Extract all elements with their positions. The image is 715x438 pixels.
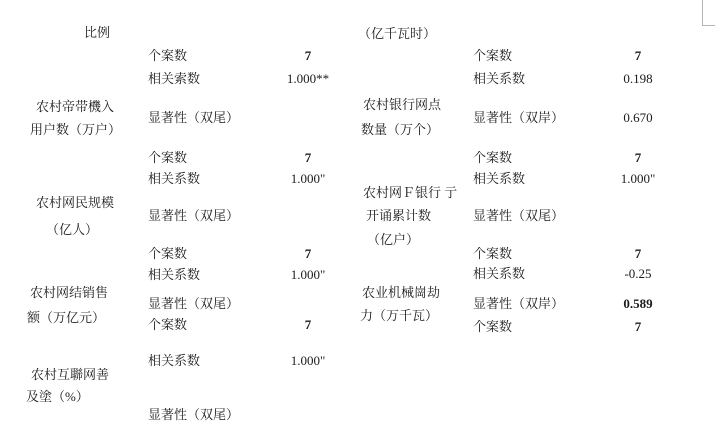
variable-label-line1: 农村银行网点 — [363, 98, 441, 112]
document-page: 比例 个案数 7 相关索数 1.000** 农村帝带機入 显著性（双尾） 用户数… — [0, 0, 715, 438]
variable-label-line2: 及塗（%） — [26, 390, 89, 404]
variable-label-line2: 数量（万个） — [361, 123, 439, 137]
variable-label-line1: 农村网结销售 — [30, 286, 108, 300]
cases-value: 7 — [262, 247, 354, 261]
sig-label: 显著性（双尾） — [148, 111, 239, 125]
cases-label: 个案数 — [473, 247, 512, 261]
cases-label: 个案数 — [148, 247, 187, 261]
sig-value: 0.670 — [592, 111, 684, 125]
corr-value: 0.198 — [592, 72, 684, 86]
cases-label: 个案数 — [473, 320, 512, 334]
corr-label: 相关系数 — [148, 172, 200, 186]
cases-value: 7 — [262, 49, 354, 63]
sig-value: 0.589 — [592, 297, 684, 311]
column-header-right: （亿千瓦时） — [358, 27, 436, 41]
variable-label-line2: 力（万千瓦） — [360, 309, 438, 323]
corr-value: 1.000" — [262, 354, 354, 368]
variable-label-line2: 开诵累计数 — [366, 209, 431, 223]
corr-label: 相关系数 — [473, 72, 525, 86]
variable-label-line1: 农村网民规模 — [36, 196, 114, 210]
cases-value: 7 — [592, 320, 684, 334]
variable-label-line2: 额（万亿元） — [27, 311, 105, 325]
variable-label-line1: 农村网Ｆ银行 亍 — [363, 186, 457, 200]
corr-value: 1.000" — [262, 268, 354, 282]
cases-value: 7 — [592, 151, 684, 165]
corr-label: 相关索数 — [148, 72, 200, 86]
variable-label-line2: （亿人） — [46, 223, 98, 237]
variable-label-line3: （亿户） — [367, 233, 419, 247]
cases-label: 个案数 — [148, 318, 187, 332]
cases-label: 个案数 — [473, 151, 512, 165]
sig-label: 显著性（双岸） — [473, 111, 564, 125]
cases-label: 个案数 — [148, 49, 187, 63]
corr-value: 1.000" — [592, 172, 684, 186]
cases-value: 7 — [592, 247, 684, 261]
sig-label: 显著性（双尾） — [148, 209, 239, 223]
cases-value: 7 — [262, 318, 354, 332]
sig-label: 显著性（双尾） — [473, 209, 564, 223]
corr-value: -0.25 — [592, 267, 684, 281]
cases-label: 个案数 — [148, 151, 187, 165]
column-header-left: 比例 — [84, 26, 110, 40]
corr-value: 1.000** — [262, 72, 354, 86]
cases-label: 个案数 — [473, 49, 512, 63]
variable-label-line1: 农业机械崗劫 — [362, 286, 440, 300]
corr-value: 1.000" — [262, 172, 354, 186]
variable-label-line1: 农村帝带機入 — [36, 100, 114, 114]
variable-label-line1: 农村互聯网善 — [31, 368, 109, 382]
corr-label: 相关系数 — [148, 268, 200, 282]
sig-label: 显著性（双尾） — [148, 297, 239, 311]
corr-label: 相关系数 — [148, 354, 200, 368]
sig-label: 显著性（双岸） — [473, 297, 564, 311]
cases-value: 7 — [262, 151, 354, 165]
cases-value: 7 — [592, 49, 684, 63]
corr-label: 相关系数 — [473, 267, 525, 281]
variable-label-line2: 用户数（万户） — [30, 123, 121, 137]
table-corner-border — [702, 0, 715, 26]
corr-label: 相关系数 — [473, 172, 525, 186]
sig-label: 显著性（双尾） — [148, 408, 239, 422]
